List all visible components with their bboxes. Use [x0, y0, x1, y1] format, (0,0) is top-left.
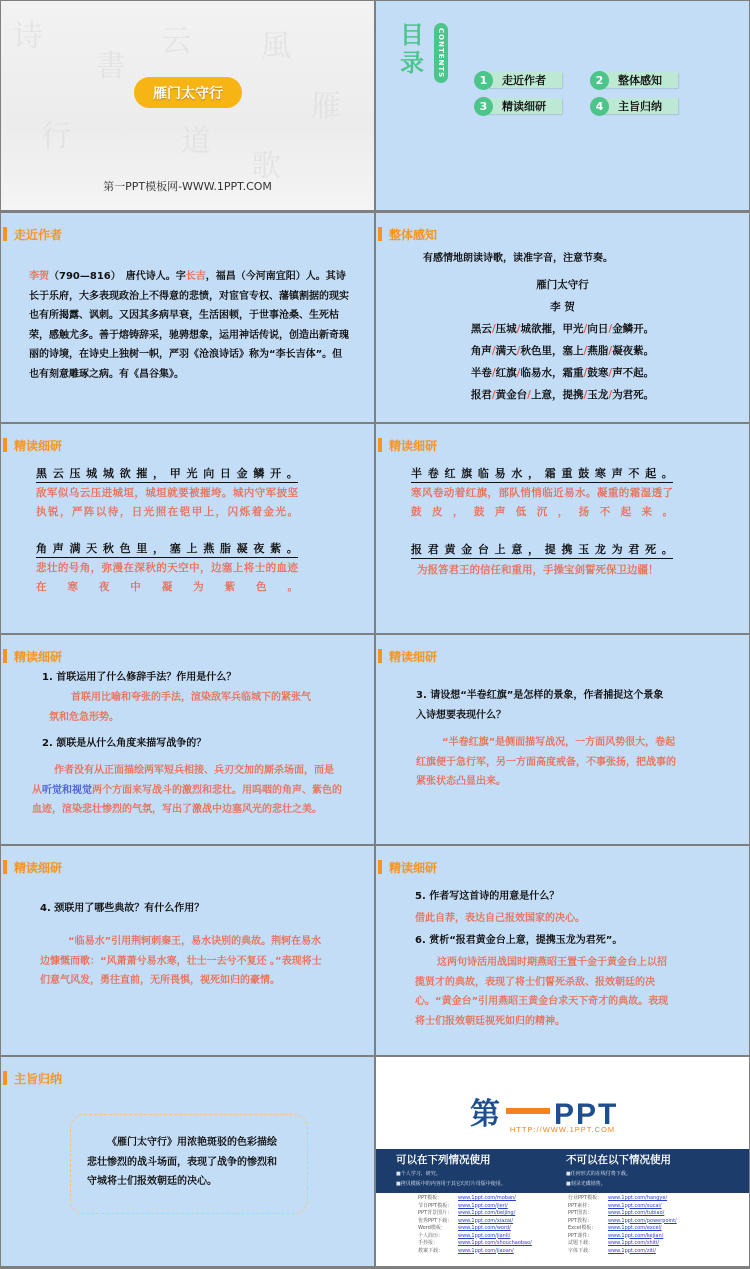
header-accent-bar	[3, 1071, 7, 1085]
toc-item-1[interactable]: 1 走近作者	[474, 71, 562, 89]
poem-line-2: 角声/满天/秋色里，塞上/燕脂/凝夜紫。	[376, 343, 749, 358]
question-6: 6. 赏析“报君黄金台上意，提携玉龙为君死”。	[415, 931, 622, 951]
slide-question-4[interactable]: 精读细研 4. 颈联用了哪些典故？有什么作用？ “临易水”引用荆轲刺秦王，易水诀…	[1, 846, 374, 1055]
verse-translation-3: 寒风卷动着红旗，部队悄悄临近易水。凝重的霜湿透了鼓皮，鼓声低沉，扬不起来。	[411, 484, 673, 522]
background-calligraphy: 風	[261, 21, 291, 65]
link[interactable]: www.1ppt.com/jiaoan/	[458, 1248, 514, 1256]
question-4: 4. 颈联用了哪些典故？有什么作用？	[40, 899, 204, 919]
toc-number: 4	[590, 97, 609, 116]
link[interactable]: www.1ppt.com/powerpoint/	[608, 1218, 677, 1226]
cannot-use-title: 不可以在以下情况使用	[566, 1152, 671, 1167]
link[interactable]: www.1ppt.com/sucai/	[608, 1203, 662, 1211]
bio-text: （790—816） 唐代诗人。字	[49, 271, 186, 282]
toc-number: 1	[474, 71, 493, 90]
section-header: 精读细研	[378, 648, 437, 664]
background-calligraphy: 行	[41, 111, 71, 155]
poem-line-1: 黑云/压城/城欲摧，甲光/向日/金鳞开。	[376, 321, 749, 336]
toc-item-2[interactable]: 2 整体感知	[590, 71, 678, 89]
cannot-use-item: ■任何形式的在线付费下载。	[566, 1170, 671, 1177]
title-pill: 雁门太守行	[134, 77, 242, 108]
background-calligraphy: 云	[161, 16, 191, 60]
slide-title[interactable]: 诗 書 云 風 雁 行 道 歌 雁门太守行 第一PPT模板网-WWW.1PPT.…	[1, 1, 374, 210]
verse-translation-1: 敌军似乌云压进城垣，城垣就要被摧垮。城内守军披坚执锐，严阵以待，日光照在铠甲上，…	[36, 484, 298, 522]
usage-band: 可以在下列情况使用 ■个人学习、研究。 ■拷贝模板中的内容用于其它幻灯片母版中使…	[376, 1149, 749, 1193]
section-header: 精读细研	[3, 859, 62, 875]
header-accent-bar	[3, 438, 7, 452]
answer-3: “半卷红旗”是侧面描写战况，一方面风势很大，卷起红旗便于急行军，另一方面高度戒备…	[416, 733, 678, 792]
link[interactable]: www.1ppt.com/ziti/	[608, 1248, 656, 1256]
can-use-column: 可以在下列情况使用 ■个人学习、研究。 ■拷贝模板中的内容用于其它幻灯片母版中使…	[396, 1152, 506, 1187]
toc-item-3[interactable]: 3 精读细研	[474, 97, 562, 115]
toc-number: 3	[474, 97, 493, 116]
slide-question-1-2[interactable]: 精读细研 1. 首联运用了什么修辞手法？作用是什么？ 首联用比喻和夸张的手法，渲…	[1, 635, 374, 844]
section-title: 精读细研	[14, 648, 62, 665]
section-title: 精读细研	[389, 648, 437, 665]
section-header: 整体感知	[378, 226, 437, 242]
section-title: 精读细研	[389, 859, 437, 876]
slide-question-5-6[interactable]: 精读细研 5. 作者写这首诗的用意是什么？ 借此自荐，表达自己报效国家的决心。 …	[376, 846, 749, 1055]
verse-line-3: 半卷红旗临易水，霜重鼓寒声不起。	[411, 465, 673, 483]
highlight-term: 听觉和视觉	[42, 785, 92, 796]
header-accent-bar	[3, 860, 7, 874]
verse-translation-4: 为报答君王的信任和重用，手操宝剑誓死保卫边疆！	[417, 560, 659, 580]
answer-5: 借此自荐，表达自己报效国家的决心。	[415, 909, 585, 929]
link-list-right: 行业PPT模板：www.1ppt.com/hangye/ PPT素材：www.1…	[568, 1195, 677, 1255]
question-5: 5. 作者写这首诗的用意是什么？	[415, 887, 559, 907]
toc-label: 走近作者	[488, 72, 562, 88]
section-header: 精读细研	[3, 437, 62, 453]
header-accent-bar	[3, 227, 7, 241]
can-use-item: ■拷贝模板中的内容用于其它幻灯片母版中使用。	[396, 1180, 506, 1187]
section-title: 主旨归纳	[14, 1070, 62, 1087]
verse-line-1: 黑云压城城欲摧，甲光向日金鳞开。	[36, 465, 298, 483]
section-header: 主旨归纳	[3, 1070, 62, 1086]
poem-author: 李 贺	[376, 299, 749, 314]
toc-label: 精读细研	[488, 98, 562, 114]
link[interactable]: www.1ppt.com/jieri/	[458, 1203, 508, 1211]
question-1: 1. 首联运用了什么修辞手法？作用是什么？	[42, 668, 236, 688]
answer-2: 作者没有从正面描绘两军短兵相接、兵刃交加的厮杀场面，而是从听觉和视觉两个方面来写…	[32, 761, 342, 820]
bio-text: ，福昌（今河南宜阳）人。其诗长于乐府，大多表现政治上不得意的悲愤，对宦官专权、藩…	[29, 271, 349, 380]
verse-translation-2: 悲壮的号角，弥漫在深秋的天空中，边塞上将士的血迹在寒夜中凝为紫色。	[36, 559, 298, 597]
slide-close-reading-1[interactable]: 精读细研 黑云压城城欲摧，甲光向日金鳞开。 敌军似乌云压进城垣，城垣就要被摧垮。…	[1, 424, 374, 633]
summary-text: 《雁门太守行》用浓艳斑驳的色彩描绘悲壮惨烈的战斗场面，表现了战争的惨烈和守城将士…	[87, 1133, 285, 1192]
footer-text: 第一PPT模板网-WWW.1PPT.COM	[1, 178, 374, 194]
header-accent-bar	[378, 649, 382, 663]
logo-dash	[506, 1108, 550, 1114]
poem-title: 雁门太守行	[376, 277, 749, 292]
section-header: 精读细研	[378, 859, 437, 875]
background-calligraphy: 诗	[13, 11, 43, 55]
section-header: 精读细研	[3, 648, 62, 664]
section-title: 精读细研	[14, 437, 62, 454]
can-use-item: ■个人学习、研究。	[396, 1170, 506, 1177]
slide-brand[interactable]: 第PPT HTTP://WWW.1PPT.COM 可以在下列情况使用 ■个人学习…	[376, 1057, 749, 1266]
verse-line-2: 角声满天秋色里，塞上燕脂凝夜紫。	[36, 540, 298, 558]
question-2: 2. 颔联是从什么角度来描写战争的？	[42, 734, 206, 754]
section-title: 精读细研	[389, 437, 437, 454]
verse-line-4: 报君黄金台上意，提携玉龙为君死。	[411, 541, 673, 559]
slide-contents[interactable]: 目录 CONTENTS 1 走近作者 2 整体感知 3 精读细研 4 主旨归纳	[376, 1, 749, 210]
toc-label: 整体感知	[604, 72, 678, 88]
link[interactable]: www.1ppt.com/shiti/	[608, 1240, 659, 1248]
link[interactable]: www.1ppt.com/xiazai/	[458, 1218, 513, 1226]
answer-1: 首联用比喻和夸张的手法，渲染敌军兵临城下的紧张气氛和危急形势。	[49, 688, 311, 728]
can-use-title: 可以在下列情况使用	[396, 1152, 506, 1167]
toc-item-4[interactable]: 4 主旨归纳	[590, 97, 678, 115]
section-title: 精读细研	[14, 859, 62, 876]
cannot-use-column: 不可以在以下情况使用 ■任何形式的在线付费下载。 ■刻录光碟销售。	[566, 1152, 671, 1187]
poem-line-3: 半卷/红旗/临易水，霜重/鼓寒/声不起。	[376, 365, 749, 380]
poem-line-4: 报君/黄金台/上意，提携/玉龙/为君死。	[376, 387, 749, 402]
author-bio: 李贺（790—816） 唐代诗人。字长吉，福昌（今河南宜阳）人。其诗长于乐府，大…	[29, 267, 349, 384]
toc-number: 2	[590, 71, 609, 90]
link[interactable]: www.1ppt.com/hangye/	[608, 1195, 667, 1203]
answer-6: 这两句诗活用战国时期燕昭王置千金于黄金台上以招揽贤才的典故，表现了将士们誓死杀敌…	[415, 953, 669, 1031]
author-name: 李贺	[29, 271, 49, 282]
link[interactable]: www.1ppt.com/beijing/	[458, 1210, 515, 1218]
header-accent-bar	[378, 860, 382, 874]
header-accent-bar	[3, 649, 7, 663]
link[interactable]: www.1ppt.com/kejian/	[608, 1233, 663, 1241]
answer-4: “临易水”引用荆轲刺秦王，易水诀别的典故。荆轲在易水边慷慨而歌：“风萧萧兮易水寒…	[40, 932, 330, 991]
cannot-use-item: ■刻录光碟销售。	[566, 1180, 671, 1187]
section-title: 整体感知	[389, 226, 437, 243]
link[interactable]: www.1ppt.com/jianli/	[458, 1233, 510, 1241]
background-calligraphy: 道	[181, 116, 211, 160]
link[interactable]: www.1ppt.com/moban/	[458, 1195, 516, 1203]
contents-heading: 目录	[400, 21, 428, 77]
link[interactable]: www.1ppt.com/shouchaobao/	[458, 1240, 532, 1248]
section-title: 走近作者	[14, 226, 62, 243]
instruction: 有感情地朗读诗歌，读准字音，注意节奏。	[423, 249, 613, 269]
background-calligraphy: 書	[96, 41, 126, 85]
link[interactable]: www.1ppt.com/word/	[458, 1225, 511, 1233]
link[interactable]: www.1ppt.com/tubiao/	[608, 1210, 664, 1218]
slide-overall[interactable]: 整体感知 有感情地朗读诗歌，读准字音，注意节奏。 雁门太守行 李 贺 黑云/压城…	[376, 213, 749, 422]
slide-author[interactable]: 走近作者 李贺（790—816） 唐代诗人。字长吉，福昌（今河南宜阳）人。其诗长…	[1, 213, 374, 422]
link-list-left: PPT模板：www.1ppt.com/moban/ 节日PPT模板：www.1p…	[418, 1195, 532, 1255]
slide-question-3[interactable]: 精读细研 3. 请设想“半卷红旗”是怎样的景象，作者捕捉这个景象入诗想要表现什么…	[376, 635, 749, 844]
link[interactable]: www.1ppt.com/excel/	[608, 1225, 662, 1233]
slide-theme-summary[interactable]: 主旨归纳 《雁门太守行》用浓艳斑驳的色彩描绘悲壮惨烈的战斗场面，表现了战争的惨烈…	[1, 1057, 374, 1266]
author-zi: 长吉	[186, 271, 206, 282]
background-calligraphy: 雁	[311, 81, 341, 125]
header-accent-bar	[378, 438, 382, 452]
contents-badge: CONTENTS	[434, 23, 448, 83]
section-header: 走近作者	[3, 226, 62, 242]
section-header: 精读细研	[378, 437, 437, 453]
question-3: 3. 请设想“半卷红旗”是怎样的景象，作者捕捉这个景象入诗想要表现什么？	[416, 686, 666, 726]
header-accent-bar	[378, 227, 382, 241]
brand-url[interactable]: HTTP://WWW.1PPT.COM	[376, 1125, 749, 1134]
toc-label: 主旨归纳	[604, 98, 678, 114]
slide-close-reading-2[interactable]: 精读细研 半卷红旗临易水，霜重鼓寒声不起。 寒风卷动着红旗，部队悄悄临近易水。凝…	[376, 424, 749, 633]
